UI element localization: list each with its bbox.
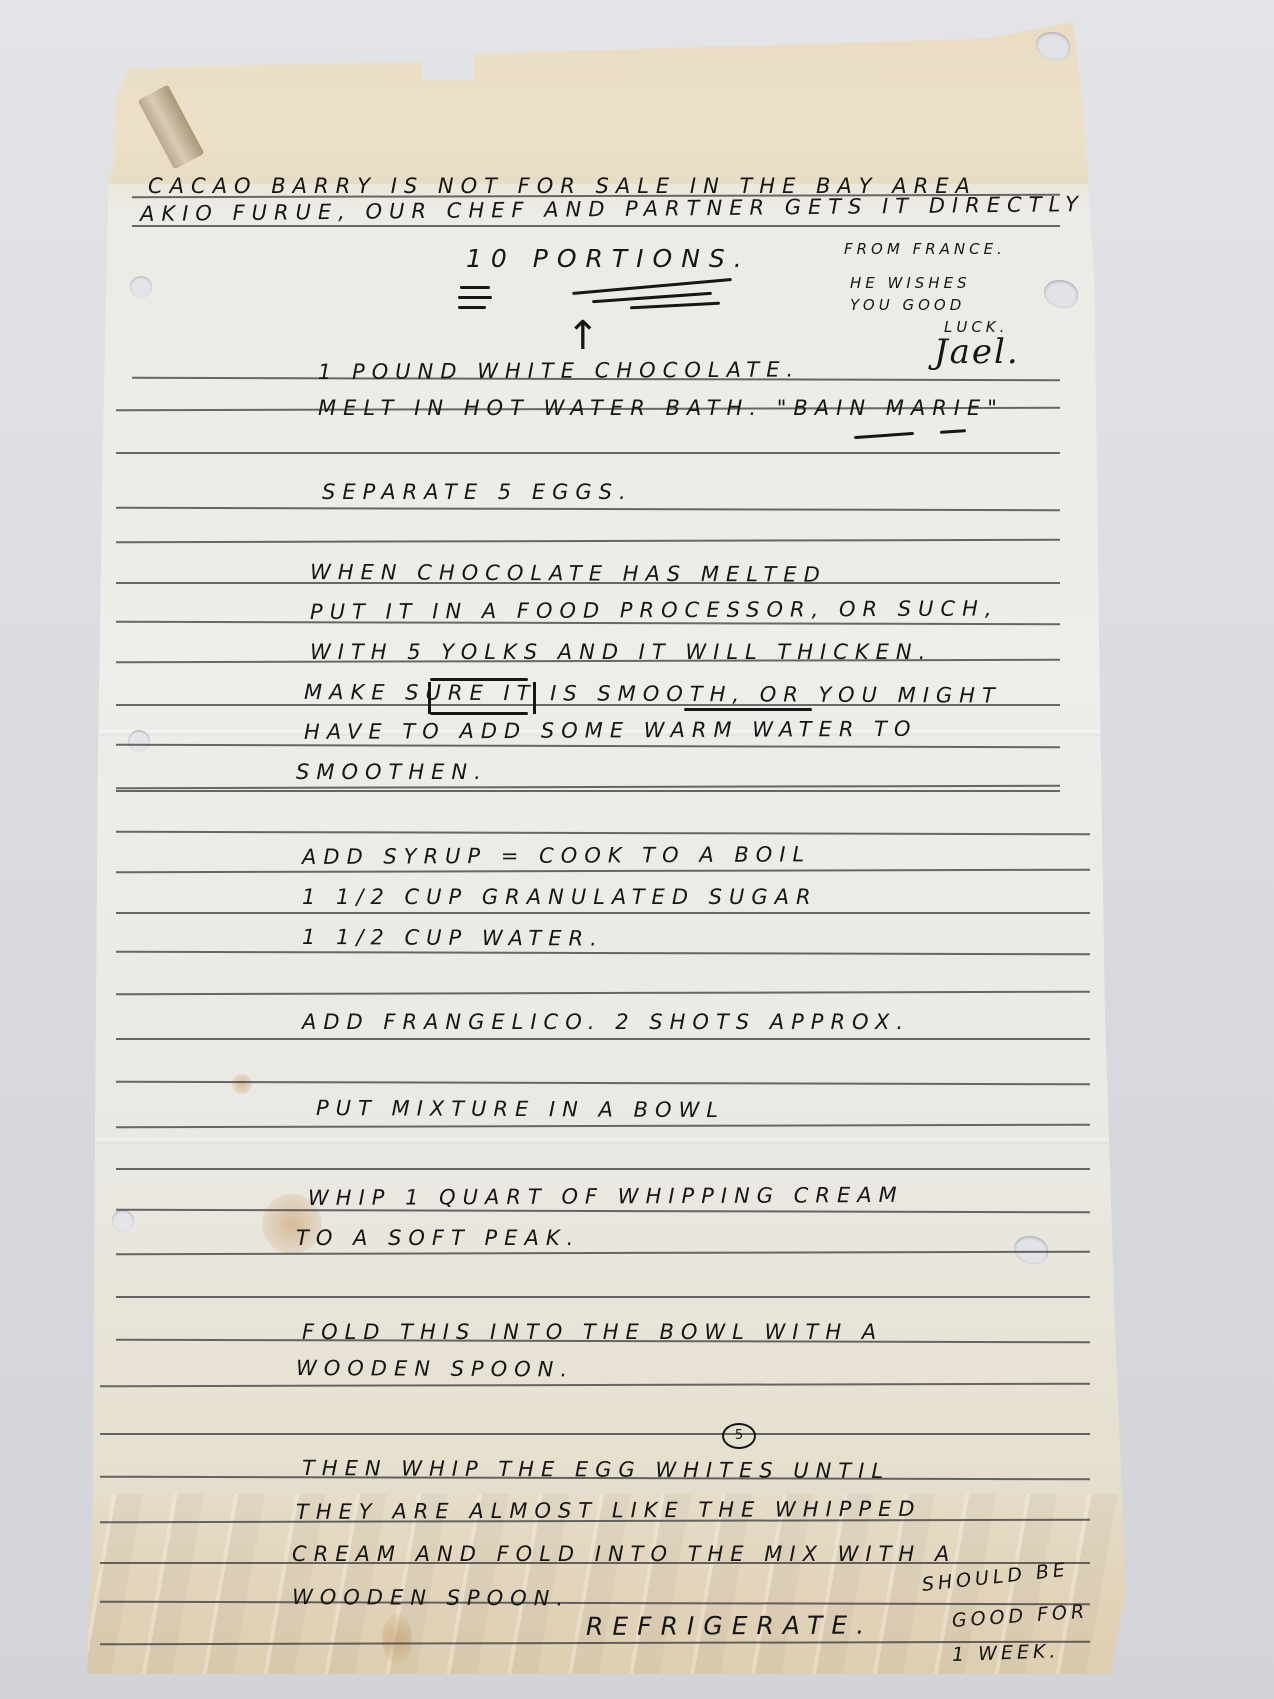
recipe-line: 1 1/2 CUP GRANULATED SUGAR: [302, 885, 818, 909]
ruled-line: [116, 831, 1090, 836]
recipe-line: REFRIGERATE.: [586, 1610, 873, 1641]
punch-hole: [128, 730, 150, 752]
recipe-line: THEY ARE ALMOST LIKE THE WHIPPED: [296, 1497, 922, 1524]
stain: [232, 1074, 252, 1094]
recipe-line: MELT IN HOT WATER BATH. "BAIN MARIE": [318, 396, 1004, 420]
recipe-line: ADD SYRUP = COOK TO A BOIL: [302, 842, 811, 869]
recipe-line: 1 1/2 CUP WATER.: [302, 925, 604, 951]
yield-portions: 10 PORTIONS.: [466, 244, 751, 273]
ruled-line: [116, 539, 1060, 543]
ruled-line: [116, 785, 1060, 789]
signature: Jael.: [934, 332, 1020, 372]
recipe-line: 1 POUND WHITE CHOCOLATE.: [318, 357, 800, 384]
stain: [382, 1614, 412, 1664]
header-aside-2: YOU GOOD: [850, 296, 965, 314]
ruled-line: [100, 1383, 1090, 1388]
recipe-line: SEPARATE 5 EGGS.: [322, 480, 633, 504]
torn-punch-hole: [1044, 280, 1078, 308]
recipe-line: FOLD THIS INTO THE BOWL WITH A: [302, 1320, 883, 1344]
ruled-line: [116, 912, 1090, 914]
ruled-line: [116, 1251, 1090, 1256]
emphasis-underline: [430, 712, 528, 715]
punch-hole: [130, 276, 152, 298]
ruled-line: [132, 225, 1060, 227]
ruled-line: [116, 1038, 1090, 1040]
underline-mark: [458, 306, 486, 309]
recipe-line: WOODEN SPOON.: [296, 1356, 574, 1381]
ruled-line: [116, 869, 1090, 874]
recipe-line: TO A SOFT PEAK.: [296, 1226, 580, 1250]
recipe-line: WITH 5 YOLKS AND IT WILL THICKEN.: [310, 640, 932, 664]
ruled-line: [116, 744, 1060, 748]
ruled-line: [116, 1209, 1090, 1214]
ruled-line: [116, 1296, 1090, 1298]
recipe-line: WOODEN SPOON.: [292, 1585, 570, 1610]
recipe-line: ADD FRANGELICO. 2 SHOTS APPROX.: [302, 1010, 910, 1034]
recipe-line: WHIP 1 QUART OF WHIPPING CREAM: [308, 1183, 904, 1210]
arrow-up-icon: ↑: [566, 316, 600, 356]
underline-mark: [460, 286, 490, 289]
underline-mark: [458, 296, 492, 299]
recipe-line: PUT MIXTURE IN A BOWL: [316, 1096, 725, 1122]
ruled-line: [116, 452, 1060, 454]
recipe-line: THEN WHIP THE EGG WHITES UNTIL: [302, 1456, 890, 1483]
recipe-line: WHEN CHOCOLATE HAS MELTED: [310, 560, 827, 587]
footer-note-line-3: 1 WEEK.: [952, 1640, 1060, 1666]
ruled-line: [116, 1124, 1090, 1129]
emphasis-underline: [430, 678, 528, 681]
emphasis-box: [428, 682, 536, 714]
emphasis-underline: [684, 708, 812, 711]
ruled-line: [116, 507, 1060, 511]
recipe-line: HAVE TO ADD SOME WARM WATER TO: [304, 717, 918, 744]
ruled-line: [100, 1433, 1090, 1435]
step-number-marker: 5: [722, 1423, 756, 1449]
recipe-line: PUT IT IN A FOOD PROCESSOR, OR SUCH,: [310, 596, 999, 624]
ruled-line: [116, 1168, 1090, 1170]
ruled-line: [116, 790, 1060, 792]
header-aside-1: HE WISHES: [850, 274, 971, 292]
ruled-line: [116, 951, 1090, 956]
recipe-line: SMOOTHEN.: [296, 760, 488, 784]
header-line-3: FROM FRANCE.: [844, 240, 1006, 258]
recipe-line: CREAM AND FOLD INTO THE MIX WITH A: [292, 1542, 956, 1566]
recipe-line: MAKE SURE IT IS SMOOTH, OR YOU MIGHT: [304, 680, 1002, 708]
punch-hole: [112, 1210, 134, 1232]
ruled-line: [116, 991, 1090, 996]
paper-fold: [82, 1138, 1142, 1144]
ruled-line: [116, 1081, 1090, 1086]
